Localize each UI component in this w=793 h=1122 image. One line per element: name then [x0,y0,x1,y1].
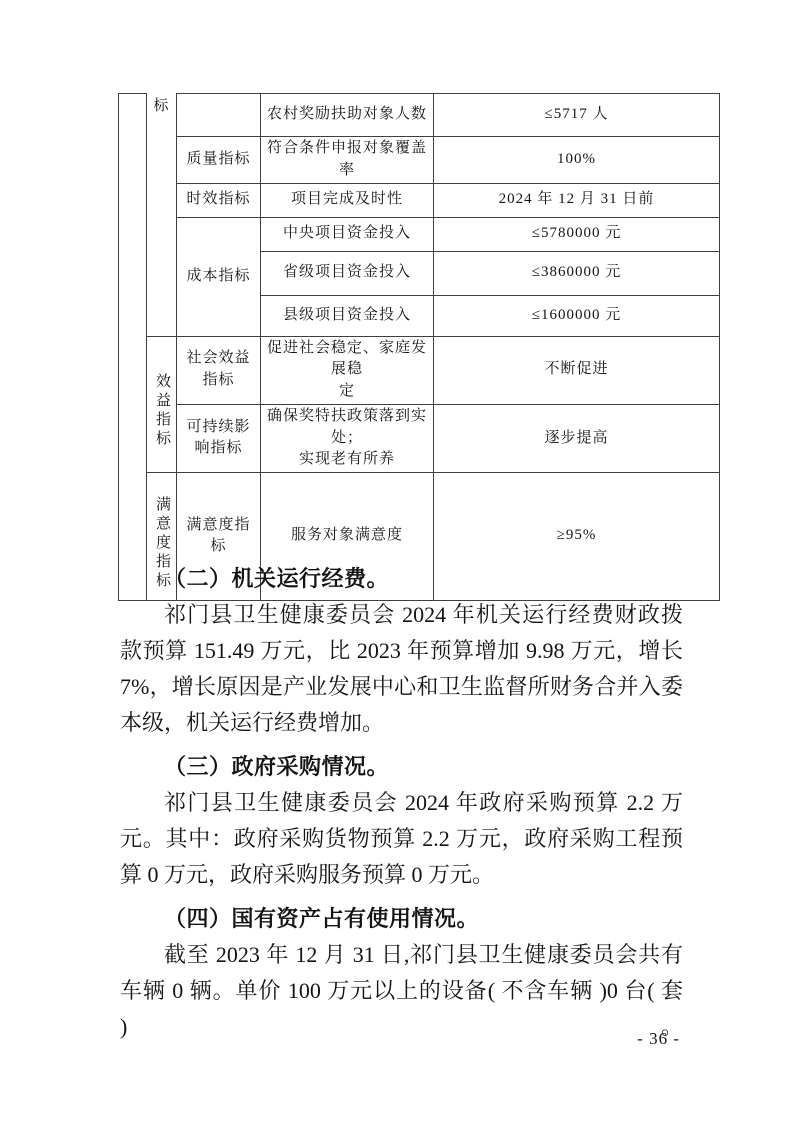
indicator-cell: 项目完成及时性 [261,183,434,217]
paragraph-line: 祁门县卫生健康委员会 2024 年机关运行经费财政拨 [120,597,683,633]
table-row: 成本指标 中央项目资金投入 ≤5780000 元 [119,217,720,251]
value-cell: 100% [434,137,720,184]
spine-empty-cell [119,94,147,601]
value-cell: 不断促进 [434,336,720,404]
category-cell: 时效指标 [177,183,261,217]
group-label-benefit: 效益指标 [147,336,177,473]
group-label-continued: 标 [147,94,177,337]
table-row: 标 农村奖励扶助对象人数 ≤5717 人 [119,94,720,137]
paragraph-line: 本级，机关运行经费增加。 [120,705,683,741]
indicator-cell: 确保奖特扶政策落到实处； 实现老有所养 [261,404,434,472]
category-cell: 成本指标 [177,217,261,336]
value-cell: ≤5717 人 [434,94,720,137]
page-number: - 36 - [637,1029,680,1049]
performance-indicator-table: 标 农村奖励扶助对象人数 ≤5717 人 质量指标 符合条件申报对象覆盖率 10… [118,93,720,601]
paragraph-line: 款预算 151.49 万元，比 2023 年预算增加 9.98 万元，增长 [120,633,683,669]
document-page: 标 农村奖励扶助对象人数 ≤5717 人 质量指标 符合条件申报对象覆盖率 10… [0,0,793,1122]
indicator-cell: 县级项目资金投入 [261,295,434,336]
document-body: （二）机关运行经费。 祁门县卫生健康委员会 2024 年机关运行经费财政拨 款预… [120,553,683,1045]
paragraph-line: 祁门县卫生健康委员会 2024 年政府采购预算 2.2 万 [120,785,683,821]
indicator-cell: 符合条件申报对象覆盖率 [261,137,434,184]
vertical-group-label: 效益指标 [154,373,169,449]
table-row: 时效指标 项目完成及时性 2024 年 12 月 31 日前 [119,183,720,217]
value-cell: 逐步提高 [434,404,720,472]
value-cell: ≤3860000 元 [434,251,720,295]
paragraph-line: 截至 2023 年 12 月 31 日,祁门县卫生健康委员会共有 [120,937,683,973]
section-heading: （二）机关运行经费。 [120,561,683,597]
table-row: 质量指标 符合条件申报对象覆盖率 100% [119,137,720,184]
indicator-cell: 农村奖励扶助对象人数 [261,94,434,137]
paragraph-line: 车辆 0 辆。单价 100 万元以上的设备( 不含车辆 )0 台( 套 )。 [120,973,683,1045]
indicator-cell: 中央项目资金投入 [261,217,434,251]
indicator-cell: 省级项目资金投入 [261,251,434,295]
indicator-cell: 促进社会稳定、家庭发展稳 定 [261,336,434,404]
paragraph-line: 算 0 万元，政府采购服务预算 0 万元。 [120,857,683,893]
section-heading: （三）政府采购情况。 [120,749,683,785]
category-cell: 可持续影 响指标 [177,404,261,472]
value-cell: ≤1600000 元 [434,295,720,336]
section-heading: （四）国有资产占有使用情况。 [120,901,683,937]
table-row: 可持续影 响指标 确保奖特扶政策落到实处； 实现老有所养 逐步提高 [119,404,720,472]
table-row: 效益指标 社会效益 指标 促进社会稳定、家庭发展稳 定 不断促进 [119,336,720,404]
value-cell: ≤5780000 元 [434,217,720,251]
paragraph-line: 7%，增长原因是产业发展中心和卫生监督所财务合并入委 [120,669,683,705]
category-cell: 社会效益 指标 [177,336,261,404]
category-cell [177,94,261,137]
category-cell: 质量指标 [177,137,261,184]
value-cell: 2024 年 12 月 31 日前 [434,183,720,217]
paragraph-line: 元。其中：政府采购货物预算 2.2 万元，政府采购工程预 [120,821,683,857]
